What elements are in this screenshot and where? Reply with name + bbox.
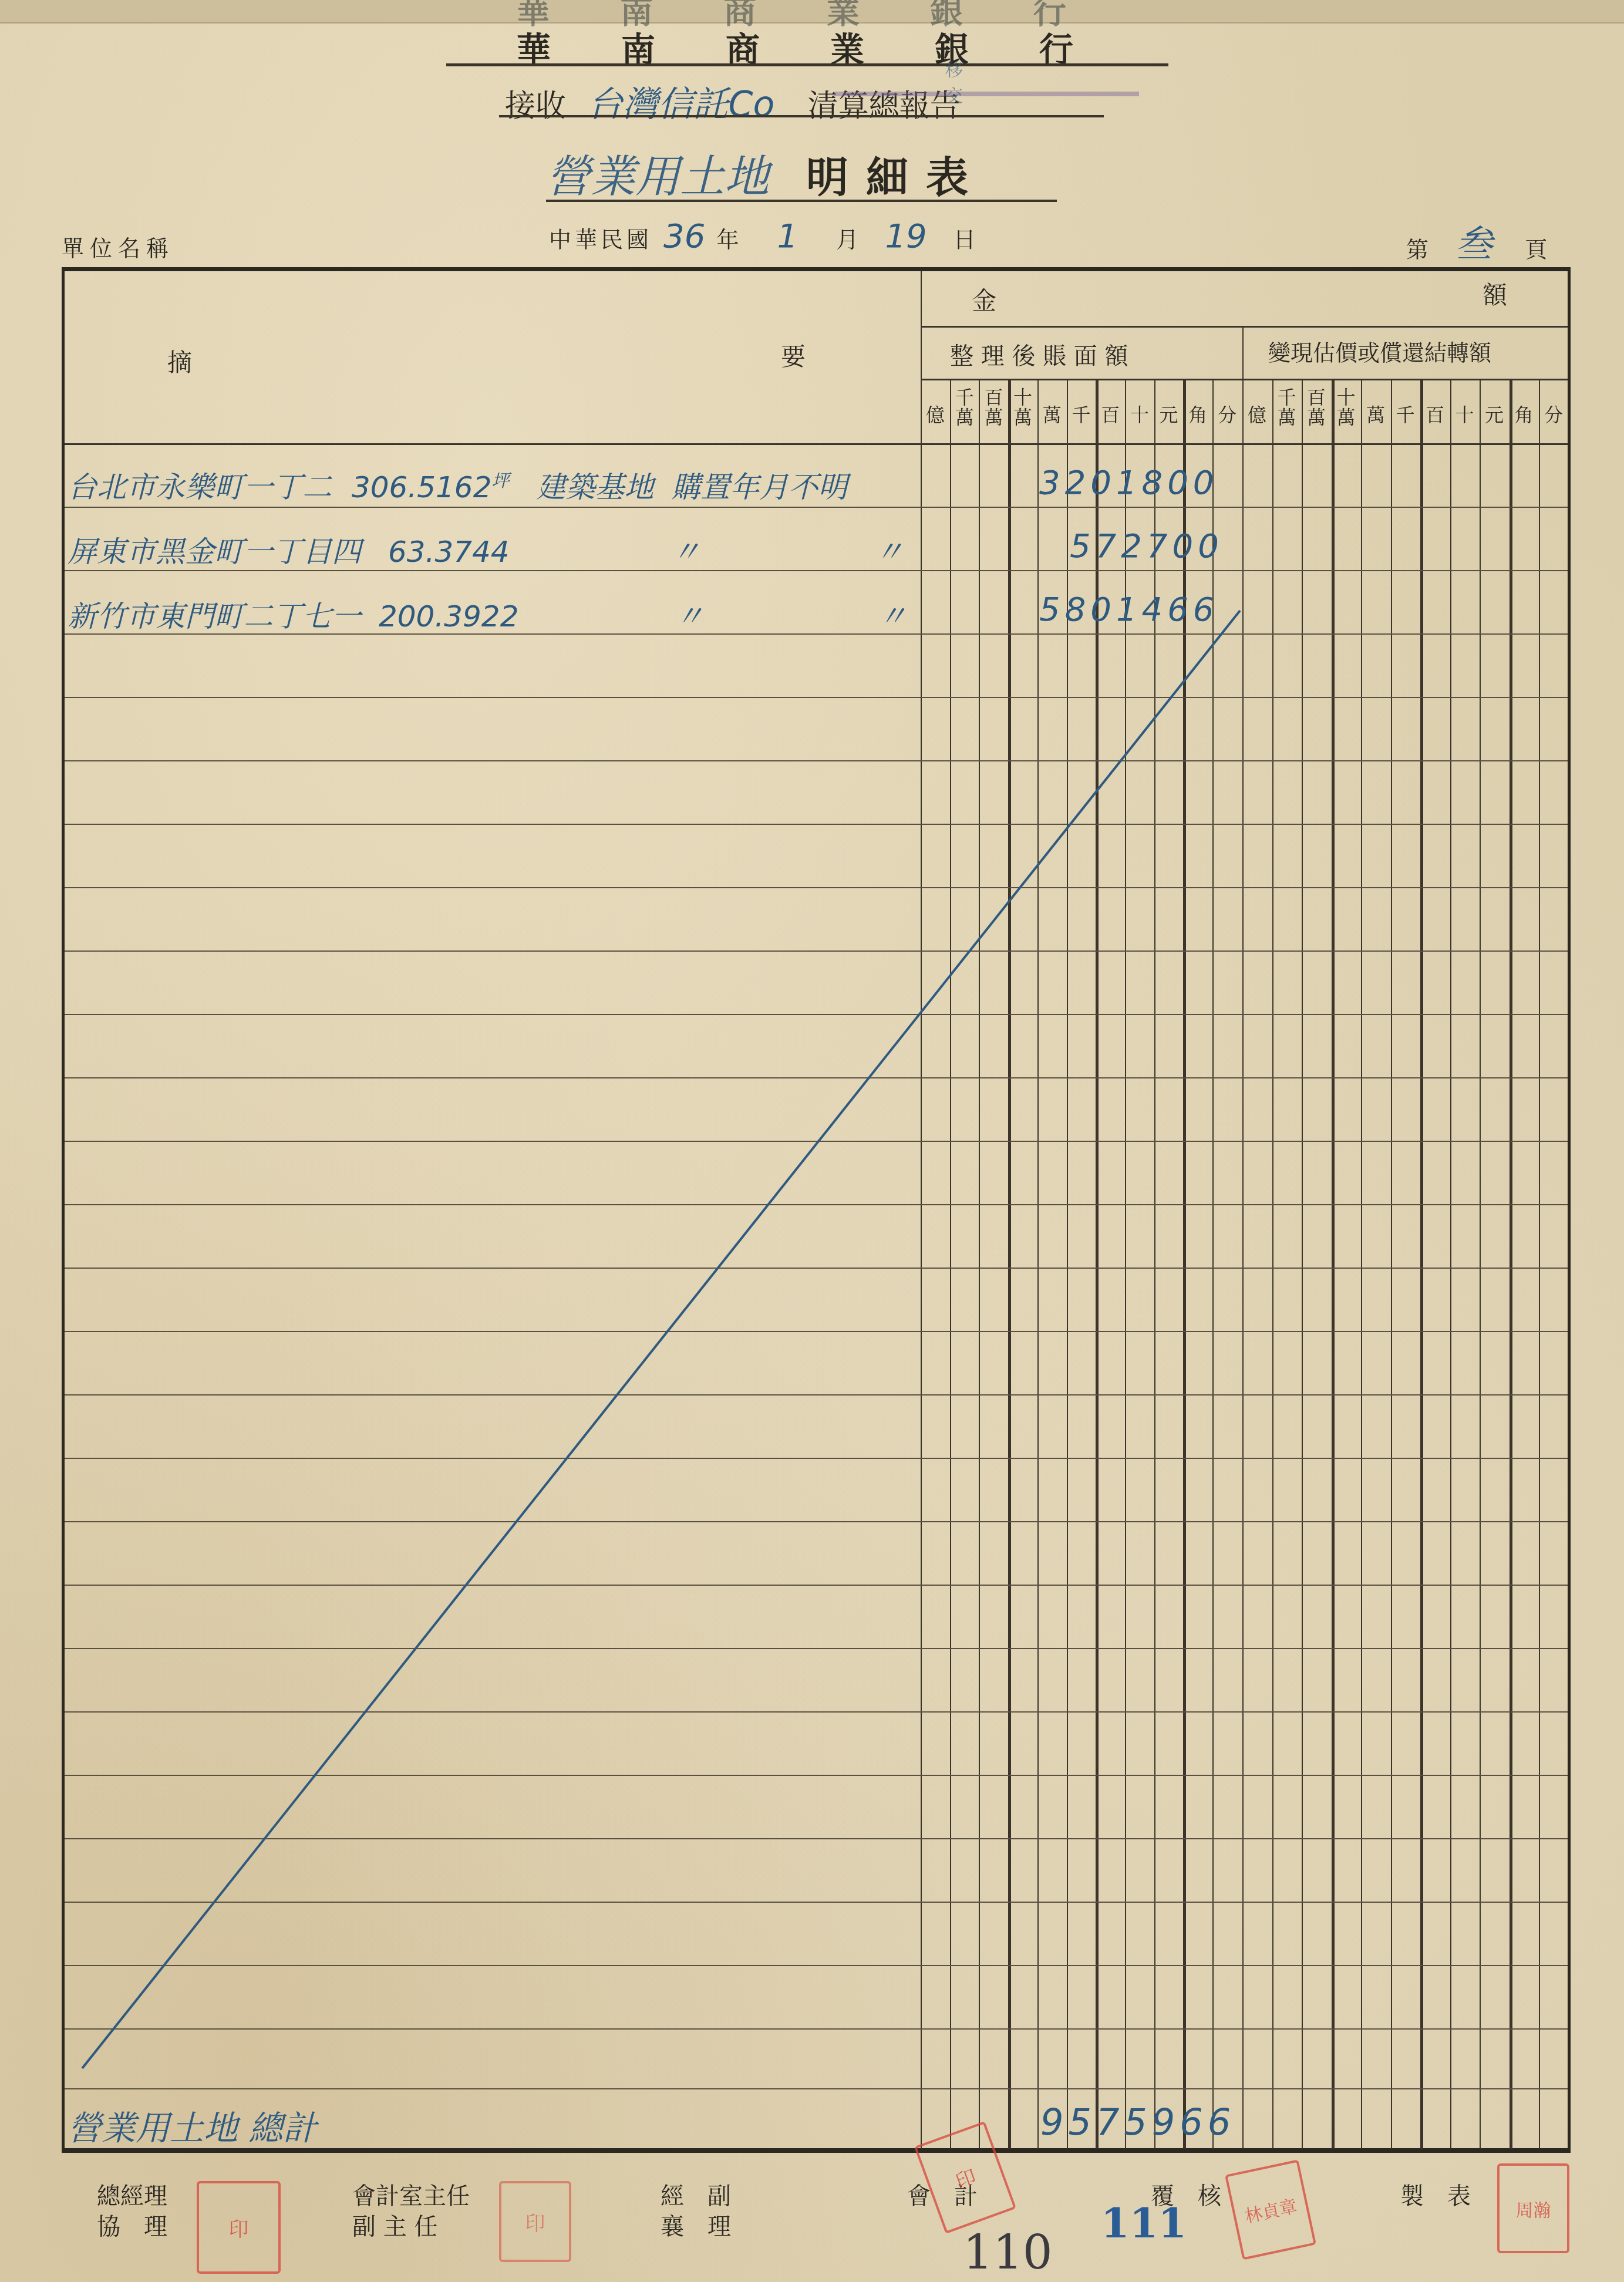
col-header-description-right: 要 [781,338,806,373]
sig-preparer: 製 表 [1400,2181,1471,2212]
digit-column-line [1212,379,1214,2149]
row-line [65,1141,1568,1142]
sheet-number-blue: 111 [1101,2199,1187,2247]
subgroup-realization-value: 變現估價或償還結轉額 [1268,335,1491,367]
row-line [65,1648,1568,1649]
table-row-3-description: 新竹市東門町二丁七一 200.3922 〃 〃 [68,593,907,635]
digit-column-line [1361,379,1362,2149]
row-line [65,950,1568,952]
row-line [65,887,1568,888]
total-row-line [65,2088,1568,2089]
table-title: 明細表 [806,152,986,202]
month-label: 月 [836,227,858,252]
page-number: 叁 [1455,223,1492,267]
amount-header-right: 額 [1483,276,1507,311]
digit-unit-label: 億 [1242,405,1272,425]
digit-column-line [1067,379,1068,2149]
row-line [65,1331,1568,1332]
row-line [65,1585,1568,1586]
row-note: 〃 [874,535,904,569]
sheet-number-black: 110 [963,2225,1053,2280]
digit-unit-label: 百 [1420,405,1450,425]
digit-column-line [1125,379,1126,2149]
digit-unit-label: 億 [921,405,950,425]
date-prefix: 中華民國 [549,227,652,252]
seal-general-manager: 印 [197,2181,281,2274]
sig-label: 襄 理 [661,2212,731,2242]
title-rule [546,200,1057,202]
digit-column-line [1037,379,1039,2149]
sig-label: 協 理 [97,2212,167,2242]
row-line [65,1077,1568,1078]
total-row-label: 營業用土地 總計 [68,2101,316,2150]
row-category: 〃 [675,599,704,633]
year-label: 年 [716,227,739,252]
row-category: 建築基地 [536,470,653,504]
report-line: 接收 台灣信託Co 移交 清算總報告 [505,76,961,127]
digit-unit-label: 百 [1096,405,1125,425]
date-year: 36 [663,217,705,255]
sig-deputy-manager: 經 副襄 理 [661,2181,731,2242]
row-note: 〃 [878,599,907,633]
row-line [65,1458,1568,1459]
digit-unit-label: 十 萬 [1008,387,1037,427]
row-line [65,1204,1568,1205]
col-header-description-left: 摘 [167,343,192,379]
row-line [65,824,1568,825]
sig-label: 副 主 任 [352,2212,470,2242]
table-row-2-amount: 572700 [1070,527,1224,565]
report-rule [499,115,1104,117]
digit-unit-label: 分 [1539,405,1568,425]
received-entity: 台灣信託Co [588,84,775,125]
seal-accounting-chief: 印 [499,2181,571,2262]
sig-general-manager: 總經理協 理 [97,2181,167,2242]
table-row-2-description: 屏東市黑金町一丁目四 63.3744 〃 〃 [68,528,904,571]
row-line [65,507,1568,508]
row-line [65,1965,1568,1966]
row-line [65,697,1568,698]
row-area: 200.3922 [379,599,519,633]
row-area-unit: 坪 [491,471,509,491]
row-location: 新竹市東門町二丁七一 [68,599,361,633]
day-label: 日 [953,227,976,252]
digit-unit-label: 分 [1212,405,1242,425]
digit-unit-label: 萬 [1037,405,1067,425]
row-note: 購置年月不明 [671,470,847,504]
digit-column-line [950,379,951,2149]
report-prefix: 接收 [505,89,566,124]
digit-column-line [1450,379,1451,2149]
row-area: 63.3744 [388,535,510,569]
digit-column-line [979,379,980,2149]
overwritten-note: 移交 [945,55,963,107]
digit-unit-label: 千 [1067,405,1096,425]
seal-preparer: 周瀚 [1497,2163,1569,2253]
row-line [65,1838,1568,1839]
digit-column-line [1302,379,1303,2149]
header-rule [446,63,1168,66]
digit-unit-label: 十 [1125,405,1154,425]
sig-label: 經 副 [661,2181,731,2212]
digit-unit-label: 十 [1450,405,1480,425]
table-row-1-description: 台北市永樂町一丁二 306.5162坪 建築基地 購置年月不明 [68,464,847,506]
table-row-3-amount: 5801466 [1039,591,1218,629]
row-line [65,1268,1568,1269]
amount-header-left: 金 [972,282,996,317]
sig-label: 會計室主任 [352,2181,470,2212]
row-category: 〃 [672,535,701,569]
digit-unit-label: 萬 [1361,405,1390,425]
digit-column-line [1539,379,1540,2149]
date-day: 19 [885,217,926,255]
table-category: 營業用土地 [546,150,769,203]
digit-column-line [1480,379,1481,2149]
underlying-sheet-strip: 華南商業銀行 [0,0,1624,23]
unit-name-label: 單位名稱 [62,230,174,262]
total-row-amount: 9575966 [1040,2101,1235,2143]
page-indicator: 第 叁 頁 [1406,214,1547,268]
digit-column-line [1154,379,1155,2149]
row-location: 台北市永樂町一丁二 [68,470,332,504]
digit-header-rule [921,379,1568,380]
digit-column-line [1008,379,1011,2149]
amount-subheader-rule [921,326,1568,328]
digit-unit-label: 千 萬 [1272,387,1302,427]
digit-unit-label: 十 萬 [1332,387,1361,427]
row-location: 屏東市黑金町一丁目四 [68,535,361,569]
row-line [65,1521,1568,1522]
digit-column-line [1183,379,1186,2149]
sig-label: 總經理 [97,2181,167,2212]
row-line [65,1902,1568,1903]
sig-accounting-chief: 會計室主任副 主 任 [352,2181,470,2242]
row-line [65,1775,1568,1776]
digit-unit-label: 元 [1154,405,1184,425]
date-month: 1 [777,217,798,255]
digit-unit-label: 千 [1391,405,1420,425]
seal-reviewer: 林貞章 [1225,2159,1316,2260]
row-line [65,2028,1568,2030]
page-prefix: 第 [1406,237,1428,262]
subgroup-book-value: 整 理 後 賬 面 額 [950,338,1128,371]
header-bottom-rule [65,443,1568,445]
digit-unit-label: 百 萬 [979,387,1008,427]
digit-column-line [1420,379,1423,2149]
digit-column-line [1332,379,1335,2149]
sig-label: 製 表 [1400,2181,1471,2212]
digit-column-line [1510,379,1512,2149]
row-line [65,1014,1568,1015]
digit-unit-label: 千 萬 [950,387,979,427]
strike-mark [834,92,1139,96]
description-column-divider [921,271,922,2149]
digit-unit-label: 元 [1480,405,1509,425]
row-area: 306.5162 [352,470,492,504]
page-suffix: 頁 [1525,237,1547,262]
report-date: 中華民國 36 年 1 月 19 日 [549,217,976,255]
digit-unit-label: 百 萬 [1302,387,1331,427]
digit-unit-label: 角 [1183,405,1212,425]
amount-group-divider [1242,326,1244,2149]
digit-column-line [1096,379,1099,2149]
row-line [65,1711,1568,1713]
row-line [65,1394,1568,1396]
digit-column-line [1272,379,1273,2149]
table-row-1-amount: 3201800 [1039,464,1218,502]
digit-unit-label: 角 [1510,405,1539,425]
digit-column-line [1391,379,1392,2149]
document-title: 營業用土地 明細表 [546,141,986,205]
row-line [65,760,1568,761]
